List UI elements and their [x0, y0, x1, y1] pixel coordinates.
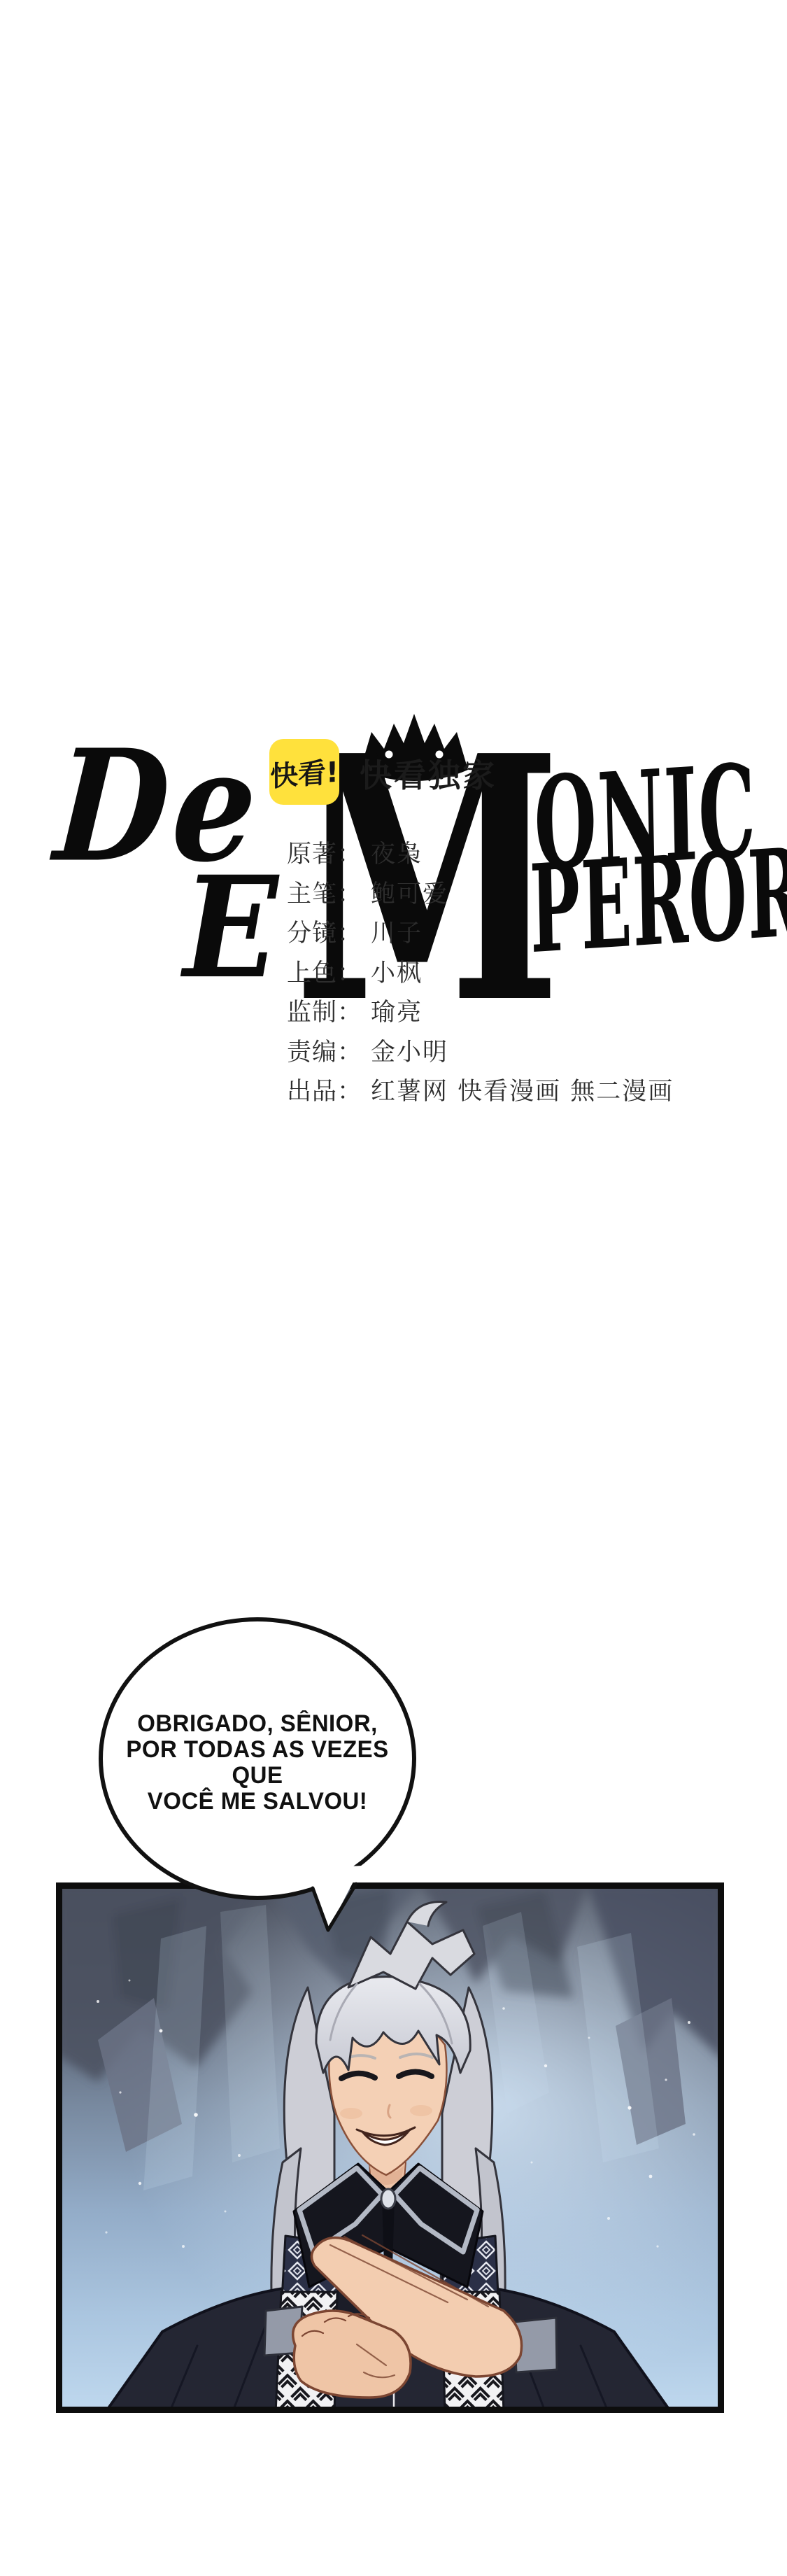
speech-bubble: OBRIGADO, SÊNIOR, POR TODAS AS VEZES QUE…: [99, 1617, 416, 1900]
credit-role: 上色：: [287, 954, 362, 989]
credit-name: 金小明: [371, 1033, 448, 1068]
credit-row: 责编：金小明: [287, 1031, 674, 1071]
credit-name: 鲍可爱: [371, 875, 448, 910]
credit-row: 主笔：鲍可爱: [287, 873, 674, 913]
credit-name: 小枫: [371, 954, 423, 989]
credit-role: 原著：: [287, 835, 362, 870]
bubble-line-1: OBRIGADO, SÊNIOR,: [137, 1711, 378, 1737]
credit-name: 红薯网 快看漫画 無二漫画: [371, 1072, 674, 1107]
speech-bubble-text: OBRIGADO, SÊNIOR, POR TODAS AS VEZES QUE…: [108, 1621, 408, 1896]
speech-bubble-tail: [297, 1861, 374, 1935]
bubble-line-3: VOCÊ ME SALVOU!: [148, 1789, 368, 1815]
kuaikan-badge-icon: 快看!: [269, 739, 339, 805]
credit-role: 分镜：: [287, 914, 362, 949]
credit-role: 监制：: [287, 993, 362, 1028]
manga-page: De M ONIC E PEROR 快看! 快看独家 原著：夜枭主笔：鲍可爱分镜…: [0, 0, 787, 2576]
credit-row: 原著：夜枭: [287, 833, 674, 873]
credit-name: 夜枭: [371, 835, 423, 870]
credit-role: 主笔：: [287, 875, 362, 910]
title-seg-e: E: [183, 858, 278, 997]
credit-role: 出品：: [287, 1072, 362, 1107]
credit-row: 出品：红薯网 快看漫画 無二漫画: [287, 1070, 674, 1110]
credit-role: 责编：: [287, 1033, 362, 1068]
title-logo: De M ONIC E PEROR: [0, 350, 787, 679]
credit-row: 监制：瑜亮: [287, 991, 674, 1031]
credits-list: 原著：夜枭主笔：鲍可爱分镜：川子上色：小枫监制：瑜亮责编：金小明出品：红薯网 快…: [287, 833, 674, 1110]
credit-name: 瑜亮: [371, 993, 423, 1028]
kuaikan-brand-text: 快看独家: [360, 750, 497, 796]
manga-panel: [56, 1882, 724, 2413]
credit-row: 上色：小枫: [287, 952, 674, 992]
bubble-line-2: POR TODAS AS VEZES QUE: [108, 1737, 408, 1789]
credit-row: 分镜：川子: [287, 912, 674, 952]
kuaikan-badge-text: 快看!: [270, 749, 339, 794]
credit-name: 川子: [371, 914, 423, 949]
